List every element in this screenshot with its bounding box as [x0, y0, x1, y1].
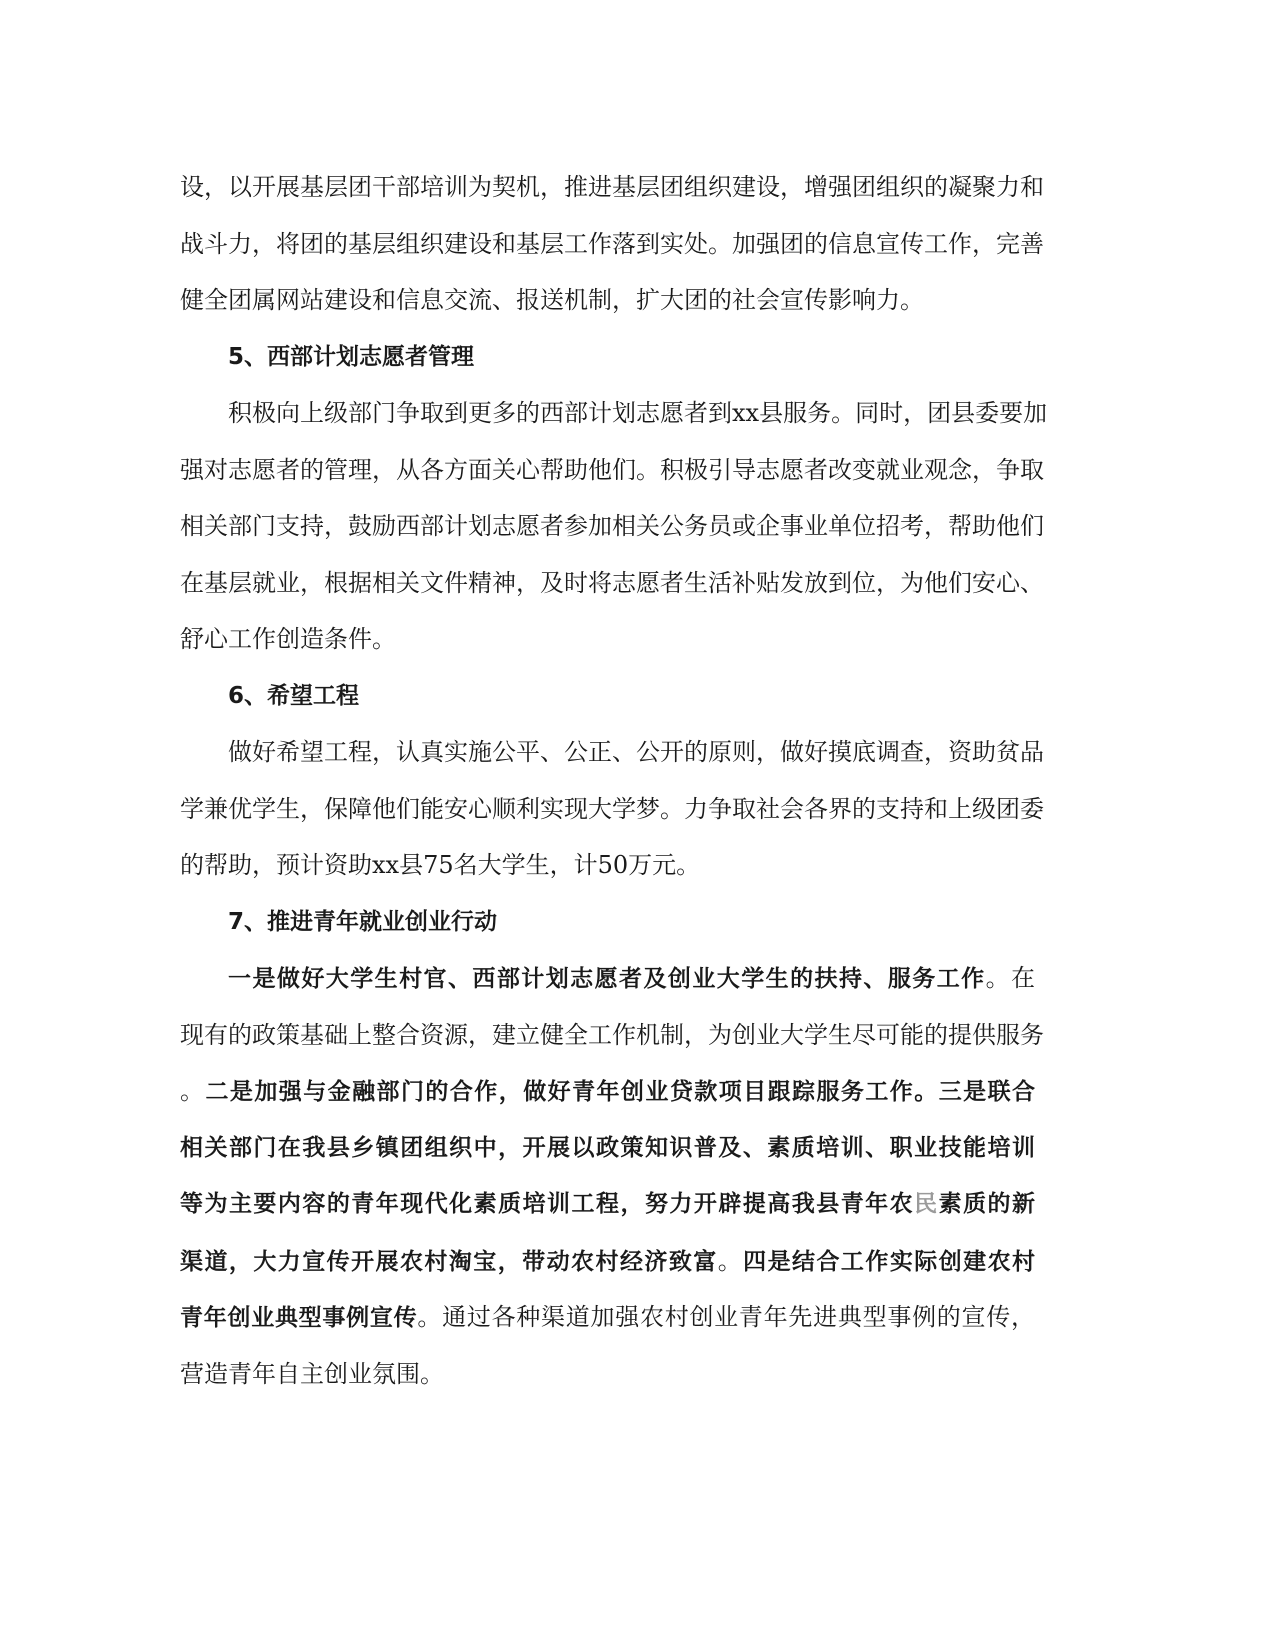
bold-text: 渠道，大力宣传开展农村淘宝，带动农村经济致富 — [180, 1249, 718, 1275]
gray-character: 民 — [914, 1191, 938, 1217]
text-line: 。二是加强与金融部门的合作，做好青年创业贷款项目跟踪服务工作。三是联合 — [180, 1069, 1035, 1126]
paragraph-section-6: 做好希望工程，认真实施公平、公正、公开的原则，做好摸底调查，资助贫品 学兼优学生… — [180, 730, 1035, 900]
bold-text: 青年创业典型事例宣传 — [180, 1305, 417, 1331]
text-line: 现有的政策基础上整合资源，建立健全工作机制，为创业大学生尽可能的提供服务 — [180, 1013, 1035, 1070]
text-line: 渠道，大力宣传开展农村淘宝，带动农村经济致富。四是结合工作实际创建农村 — [180, 1239, 1035, 1296]
text-line: 青年创业典型事例宣传。通过各种渠道加强农村创业青年先进典型事例的宣传， — [180, 1295, 1035, 1352]
bold-text: 四是结合工作实际创建农村 — [743, 1249, 1035, 1275]
text-line: 舒心工作创造条件。 — [180, 617, 1035, 674]
section-7-heading: 7、推进青年就业创业行动 — [180, 900, 1035, 957]
paragraph-section-4-continuation: 设，以开展基层团干部培训为契机，推进基层团组织建设，增强团组织的凝聚力和 战斗力… — [180, 165, 1035, 335]
text-line: 一是做好大学生村官、西部计划志愿者及创业大学生的扶持、服务工作。在 — [180, 956, 1035, 1013]
text-line: 健全团属网站建设和信息交流、报送机制，扩大团的社会宣传影响力。 — [180, 278, 1035, 335]
normal-text: 。 — [718, 1247, 743, 1275]
paragraph-section-5: 积极向上级部门争取到更多的西部计划志愿者到xx县服务。同时，团县委要加 强对志愿… — [180, 391, 1035, 674]
normal-text: 。在 — [986, 964, 1035, 992]
text-line: 的帮助，预计资助xx县75名大学生，计50万元。 — [180, 843, 1035, 900]
text-line: 强对志愿者的管理，从各方面关心帮助他们。积极引导志愿者改变就业观念，争取 — [180, 448, 1035, 505]
bold-text: 素质的新 — [939, 1191, 1035, 1217]
section-6-heading: 6、希望工程 — [180, 674, 1035, 731]
text-line: 相关部门支持，鼓励西部计划志愿者参加相关公务员或企事业单位招考，帮助他们 — [180, 504, 1035, 561]
normal-text: 。通过各种渠道加强农村创业青年先进典型事例的宣传， — [417, 1303, 1035, 1331]
bold-text: 二是加强与金融部门的合作，做好青年创业贷款项目跟踪服务工作。三是联合 — [205, 1079, 1035, 1105]
text-line: 营造青年自主创业氛围。 — [180, 1352, 1035, 1409]
text-line: 设，以开展基层团干部培训为契机，推进基层团组织建设，增强团组织的凝聚力和 — [180, 165, 1035, 222]
text-line: 做好希望工程，认真实施公平、公正、公开的原则，做好摸底调查，资助贫品 — [180, 730, 1035, 787]
bold-text: 等为主要内容的青年现代化素质培训工程，努力开辟提高我县青年农 — [180, 1191, 914, 1217]
document-page: 设，以开展基层团干部培训为契机，推进基层团组织建设，增强团组织的凝聚力和 战斗力… — [180, 165, 1035, 1408]
text-line: 相关部门在我县乡镇团组织中，开展以政策知识普及、素质培训、职业技能培训 — [180, 1126, 1035, 1183]
text-line: 积极向上级部门争取到更多的西部计划志愿者到xx县服务。同时，团县委要加 — [180, 391, 1035, 448]
text-line: 在基层就业，根据相关文件精神，及时将志愿者生活补贴发放到位，为他们安心、 — [180, 561, 1035, 618]
normal-text: 。 — [180, 1077, 205, 1105]
paragraph-section-7: 一是做好大学生村官、西部计划志愿者及创业大学生的扶持、服务工作。在 现有的政策基… — [180, 956, 1035, 1408]
section-5-heading: 5、西部计划志愿者管理 — [180, 335, 1035, 392]
bold-text: 一是做好大学生村官、西部计划志愿者及创业大学生的扶持、服务工作 — [228, 966, 986, 992]
text-line: 等为主要内容的青年现代化素质培训工程，努力开辟提高我县青年农民素质的新 — [180, 1182, 1035, 1239]
text-line: 战斗力，将团的基层组织建设和基层工作落到实处。加强团的信息宣传工作，完善 — [180, 222, 1035, 279]
text-line: 学兼优学生，保障他们能安心顺利实现大学梦。力争取社会各界的支持和上级团委 — [180, 787, 1035, 844]
